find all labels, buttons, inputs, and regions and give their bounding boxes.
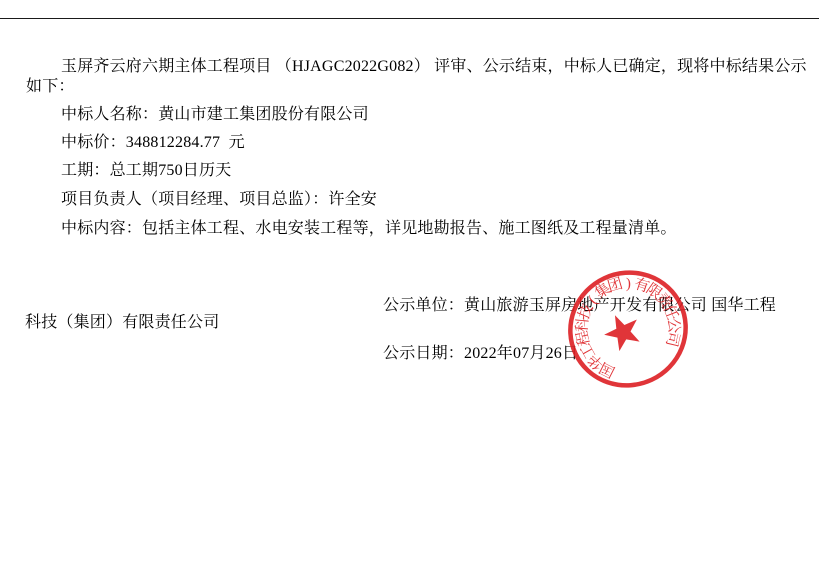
winner-name-line: 中标人名称：黄山市建工集团股份有限公司: [61, 105, 369, 125]
seal-star-icon: [599, 308, 646, 354]
seal-ring-char: 司: [662, 330, 682, 348]
construction-period-line: 工期：总工期750日历天: [61, 161, 231, 181]
publisher-line-2: 科技（集团）有限责任公司: [25, 313, 219, 333]
intro-line-1: 玉屏齐云府六期主体工程项目 （HJAGC2022G082） 评审、公示结束，中标…: [61, 57, 807, 77]
header-rule: [0, 18, 819, 19]
publish-date-line: 公示日期：2022年07月26日: [383, 344, 578, 364]
project-manager-line: 项目负责人（项目经理、项目总监）：许全安: [61, 190, 377, 210]
company-seal: 国华工程科技(集团)有限责任公司: [562, 263, 694, 395]
seal-ring-char: ): [626, 276, 631, 292]
bid-price-line: 中标价：348812284.77 元: [61, 133, 245, 153]
announcement-page: 玉屏齐云府六期主体工程项目 （HJAGC2022G082） 评审、公示结束，中标…: [0, 0, 819, 579]
bid-content-line: 中标内容：包括主体工程、水电安装工程等，详见地勘报告、施工图纸及工程量清单。: [61, 219, 677, 239]
intro-line-2: 如下：: [26, 77, 75, 97]
